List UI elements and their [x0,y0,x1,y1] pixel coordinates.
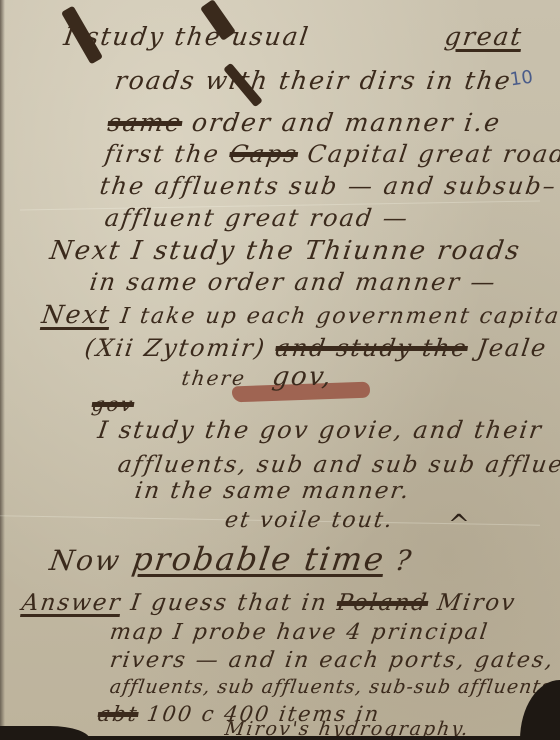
line-text: order and manner i.e [190,108,503,137]
manuscript-page: 10 I study the usual N̷e̷x̷t̷ great road… [0,0,560,740]
manuscript-line: affluents, sub and sub sub affluents [116,452,560,478]
manuscript-line: same order and manner i.e [106,108,503,137]
struck-word: gov [90,392,136,416]
manuscript-line: I study the gov govie, and their [96,416,545,444]
manuscript-line: first the Caps Capital great roads. [103,140,560,168]
struck-word: same [106,108,184,137]
manuscript-line: Next I study the Thiunne roads [48,236,523,266]
underlined-phrase: probable time [130,540,388,578]
manuscript-line: affluent great road — [103,204,411,232]
line-text: Mirov [436,590,518,616]
manuscript-line: Now probable time ? [47,540,415,578]
struck-word: Poland [335,590,430,616]
line-text: Jeale [475,334,549,362]
manuscript-line: the affluents sub — and subsub– [98,172,559,200]
line-text: ? [393,544,415,577]
line-text: (Xii Zytomir) [83,334,268,362]
manuscript-line: in the same manner. [133,478,412,504]
red-marked-word: gov, [270,362,334,392]
underlined-word: great [443,22,525,51]
manuscript-line: Answer I guess that in Poland Mirov [20,590,518,616]
word-great: great [443,22,525,51]
line-text: first the [103,140,222,168]
line-text: I guess that in [129,590,330,616]
underlined-word: Answer [20,590,123,616]
manuscript-line: affluents, sub affluents, sub-sub afflue… [108,676,553,698]
manuscript-line: roads with their dirs in the [113,66,514,95]
line-text: Now [47,544,123,577]
manuscript-line: gov [90,392,136,416]
struck-phrase: and study the [274,334,470,362]
insertion-caret: ^ [448,510,470,540]
page-bottom-shadow [0,736,560,740]
manuscript-line: rivers — and in each ports, gates, [108,648,556,673]
manuscript-line: et voile tout. [223,508,395,533]
line-text: Capital great roads. [306,140,560,168]
manuscript-line: (Xii Zytomir) and study the Jeale [83,334,549,362]
page-left-edge [0,0,5,740]
struck-word: Caps [228,140,300,168]
manuscript-line: in same order and manner — [88,268,499,296]
underlined-word: Next [40,300,113,329]
manuscript-line: Next I take up each government capital [40,300,560,329]
struck-word: abt [96,702,140,726]
manuscript-line: there gov, [180,362,335,392]
line-text: there [180,366,248,390]
line-text: I take up each government capital [119,304,560,329]
manuscript-line: map I probe have 4 principal [108,620,490,645]
